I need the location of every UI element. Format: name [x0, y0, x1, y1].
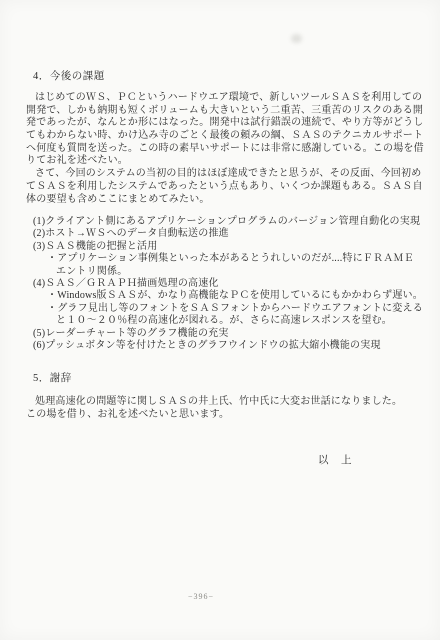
text-line: てもわからない時、かけ込み寺のごとく最後の頼みの綱、ＳＡＳのテクニカルサポート — [26, 130, 424, 143]
text-line: と１０〜２０％程の高速化が図れる。が、さらに高速レスポンスを望む。 — [33, 315, 423, 327]
text-line: 処理高速化の問題等に関しＳＡＳの井上氏、竹中氏に大変お世話になりました。 — [26, 395, 402, 408]
section-5-heading: 5．謝辞 — [33, 370, 72, 385]
text-line: ・グラフ見出し等のフォントをＳＡＳフォントからハードウエアフォントに変える — [33, 303, 423, 315]
text-line: ・アプリケーション事例集といった本があるとうれしいのだが....特にＦＲＡＭＥ — [33, 253, 423, 265]
text-line: へ何度も質問を送った。この時の素早いサポートには非常に感謝している。この場を借 — [26, 143, 424, 156]
text-line: (2)ホスト→ＷＳへのデータ自動転送の推進 — [33, 228, 423, 240]
text-line: (6)プッシュボタン等を付けたときのグラフウインドウの拡大縮小機能の実現 — [33, 340, 423, 352]
section-4-heading: 4．今後の課題 — [33, 68, 105, 83]
text-line: エントリ関係。 — [33, 266, 423, 278]
section-4-issue-list: (1)クライアント側にあるアプリケーションプログラムのバージョン管理自動化の実現… — [33, 216, 423, 352]
scan-artifact — [291, 34, 302, 43]
document-page: 4．今後の課題 はじめてのＷＳ、ＰＣというハードウエア環境で、新しいツールＳＡＳ… — [0, 0, 440, 640]
text-line: 発であったが、なんとか形にはなった。開発中は試行錯誤の連続で、やり方等がどうし — [26, 117, 424, 130]
text-line: 体の要望も含めここにまとめてみたい。 — [26, 194, 424, 207]
text-line: (4)ＳＡＳ／ＧＲＡＰＨ描画処理の高速化 — [33, 278, 423, 290]
text-line: さて、今回のシステムの当初の目的はほぼ達成できたと思うが、その反面、今回初め — [26, 168, 424, 181]
text-line: ・Windows版ＳＡＳが、かなり高機能なＰＣを使用しているにもかかわらず遅い。 — [33, 290, 423, 302]
text-line: (3)ＳＡＳ機能の把握と活用 — [33, 241, 423, 253]
section-4-paragraphs: はじめてのＷＳ、ＰＣというハードウエア環境で、新しいツールＳＡＳを利用しての開発… — [26, 92, 424, 206]
text-line: りてお礼を述べたい。 — [26, 155, 424, 168]
text-line: (1)クライアント側にあるアプリケーションプログラムのバージョン管理自動化の実現 — [33, 216, 423, 228]
text-line: てＳＡＳを利用したシステムであったという点もあり、いくつか課題もある。ＳＡＳ自 — [26, 181, 424, 194]
text-line: (5)レーダーチャート等のグラフ機能の充実 — [33, 328, 423, 340]
text-line: この場を借り、お礼を述べたいと思います。 — [26, 408, 402, 421]
text-line: 開発で、しかも納期も短くボリュームも大きいという二重苦、三重苦のリスクのある開 — [26, 105, 424, 118]
text-line: はじめてのＷＳ、ＰＣというハードウエア環境で、新しいツールＳＡＳを利用しての — [26, 92, 424, 105]
section-5-paragraph: 処理高速化の問題等に関しＳＡＳの井上氏、竹中氏に大変お世話になりました。この場を… — [26, 395, 402, 421]
closing-mark: 以 上 — [318, 452, 353, 467]
page-number: −396− — [188, 592, 214, 601]
